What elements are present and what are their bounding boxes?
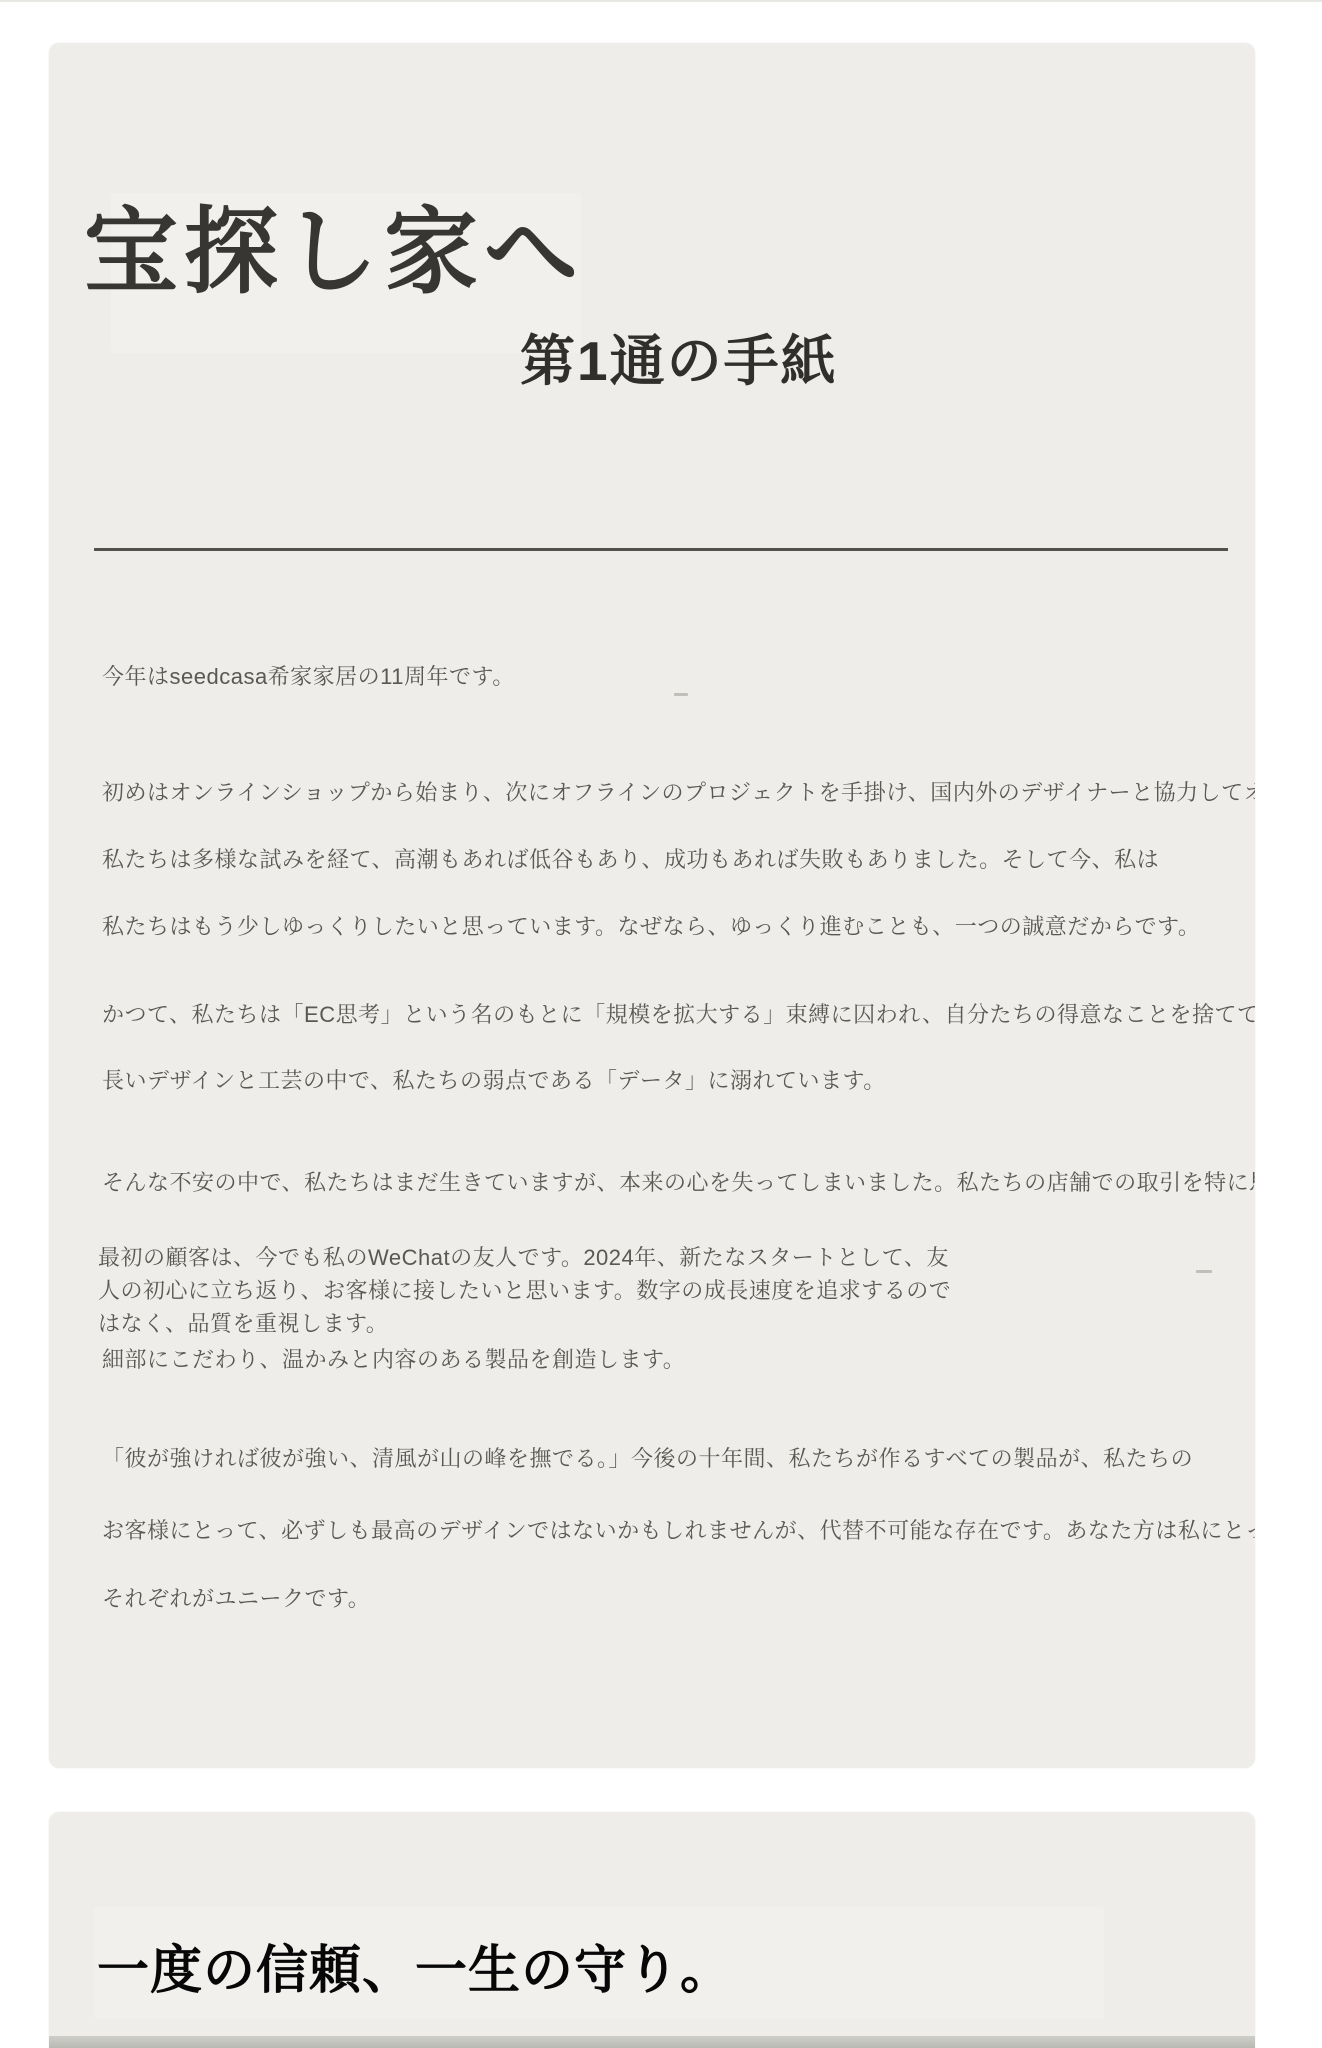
letter-line: 初めはオンラインショップから始まり、次にオフラインのプロジェクトを手掛け、国内外… xyxy=(102,778,1255,808)
letter-line: かつて、私たちは「EC思考」という名のもとに「規模を拡大する」束縛に囚われ、自分… xyxy=(102,1000,1255,1030)
letter-line: はなく、品質を重視します。 xyxy=(98,1309,388,1339)
letter-line: 人の初心に立ち返り、お客様に接したいと思います。数字の成長速度を追求するので xyxy=(98,1276,951,1306)
letter-line: お客様にとって、必ずしも最高のデザインではないかもしれませんが、代替不可能な存在… xyxy=(102,1516,1255,1546)
letter-card: 宝探し家へ 第1通の手紙 今年はseedcasa希家家居の11周年です。 初めは… xyxy=(49,43,1255,1768)
letter-line: そんな不安の中で、私たちはまだ生きていますが、本来の心を失ってしまいました。私た… xyxy=(102,1168,1255,1198)
letter-line: 私たちはもう少しゆっくりしたいと思っています。なぜなら、ゆっくり進むことも、一つ… xyxy=(102,912,1200,942)
letter-subtitle: 第1通の手紙 xyxy=(520,331,838,392)
letter-title: 宝探し家へ xyxy=(84,203,584,302)
promise-headline: 一度の信頼、一生の守り。 xyxy=(97,1942,733,2002)
translation-artifact-dash xyxy=(674,693,688,696)
letter-line: 「彼が強ければ彼が強い、清風が山の峰を撫でる。」今後の十年間、私たちが作るすべて… xyxy=(102,1444,1193,1474)
translation-artifact-dash xyxy=(1196,1270,1212,1273)
letter-line: 細部にこだわり、温かみと内容のある製品を創造します。 xyxy=(102,1345,685,1375)
divider-line xyxy=(94,548,1228,551)
letter-line: 私たちは多様な試みを経て、高潮もあれば低谷もあり、成功もあれば失敗もありました。… xyxy=(102,845,1159,875)
letter-line: 最初の顧客は、今でも私のWeChatの友人です。2024年、新たなスタートとして… xyxy=(98,1243,949,1273)
top-hairline xyxy=(0,0,1322,2)
page: 宝探し家へ 第1通の手紙 今年はseedcasa希家家居の11周年です。 初めは… xyxy=(0,0,1322,2048)
letter-line: 長いデザインと工芸の中で、私たちの弱点である「データ」に溺れています。 xyxy=(102,1066,886,1096)
letter-line: 今年はseedcasa希家家居の11周年です。 xyxy=(102,662,515,692)
letter-line: それぞれがユニークです。 xyxy=(102,1584,370,1614)
promise-card: 一度の信頼、一生の守り。 xyxy=(49,1812,1255,2048)
next-section-image-edge xyxy=(49,2036,1255,2048)
